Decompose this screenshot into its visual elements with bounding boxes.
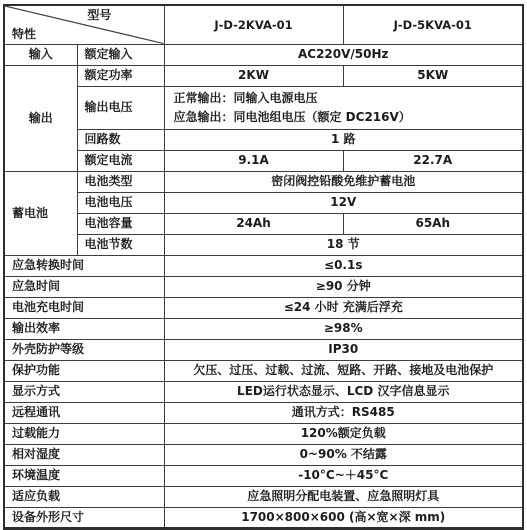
label-rated-power: 额定功率 <box>77 65 164 86</box>
value-display: LED运行状态显示、LCD 汉字信息显示 <box>164 381 523 402</box>
value-overload: 120%额定负载 <box>164 423 523 444</box>
label-load-type: 适应负载 <box>4 486 164 507</box>
row-communication: 远程通讯 通讯方式：RS485 <box>4 402 523 423</box>
value-humidity: 0~90% 不结露 <box>164 444 523 465</box>
row-rated-current: 额定电流 9.1A 22.7A <box>4 150 523 171</box>
group-cell-input: 输入 <box>4 44 77 65</box>
value-circuit-count: 1 路 <box>164 129 523 150</box>
label-emergency-time: 应急时间 <box>4 276 164 297</box>
label-communication: 远程通讯 <box>4 402 164 423</box>
value-communication: 通讯方式：RS485 <box>164 402 523 423</box>
label-rated-input: 额定输入 <box>77 44 164 65</box>
group-cell-output: 输出 <box>4 65 77 171</box>
row-overload: 过载能力 120%额定负载 <box>4 423 523 444</box>
row-display: 显示方式 LED运行状态显示、LCD 汉字信息显示 <box>4 381 523 402</box>
value-transfer-time: ≤0.1s <box>164 255 523 276</box>
value-ip-rating: IP30 <box>164 339 523 360</box>
row-battery-count: 电池节数 18 节 <box>4 234 523 255</box>
label-battery-type: 电池类型 <box>77 171 164 192</box>
row-transfer-time: 应急转换时间 ≤0.1s <box>4 255 523 276</box>
label-ip-rating: 外壳防护等级 <box>4 339 164 360</box>
label-circuit-count: 回路数 <box>77 129 164 150</box>
label-protection: 保护功能 <box>4 360 164 381</box>
label-battery-capacity: 电池容量 <box>77 213 164 234</box>
row-rated-power: 输出 额定功率 2KW 5KW <box>4 65 523 86</box>
corner-label-feature: 特性 <box>12 27 36 42</box>
value-battery-type: 密闭阀控铅酸免维护蓄电池 <box>164 171 523 192</box>
value-rated-input: AC220V/50Hz <box>164 44 523 65</box>
value-dimensions: 1700×800×600 (高×宽×深 mm) <box>164 507 523 528</box>
row-battery-type: 蓄电池 电池类型 密闭阀控铅酸免维护蓄电池 <box>4 171 523 192</box>
value-battery-capacity-2: 65Ah <box>343 213 523 234</box>
row-ip-rating: 外壳防护等级 IP30 <box>4 339 523 360</box>
row-battery-capacity: 电池容量 24Ah 65Ah <box>4 213 523 234</box>
value-emergency-time: ≥90 分钟 <box>164 276 523 297</box>
label-display: 显示方式 <box>4 381 164 402</box>
value-load-type: 应急照明分配电装置、应急照明灯具 <box>164 486 523 507</box>
value-battery-capacity-1: 24Ah <box>164 213 343 234</box>
model-2-header: J-D-5KVA-01 <box>343 5 523 44</box>
label-efficiency: 输出效率 <box>4 318 164 339</box>
value-rated-power-1: 2KW <box>164 65 343 86</box>
label-rated-current: 额定电流 <box>77 150 164 171</box>
row-emergency-time: 应急时间 ≥90 分钟 <box>4 276 523 297</box>
row-circuit-count: 回路数 1 路 <box>4 129 523 150</box>
row-battery-voltage: 电池电压 12V <box>4 192 523 213</box>
row-temperature: 环境温度 -10°C~＋45°C <box>4 465 523 486</box>
value-output-voltage: 正常输出：同输入电源电压 应急输出：同电池组电压（额定 DC216V） <box>164 86 523 129</box>
row-rated-input: 输入 额定输入 AC220V/50Hz <box>4 44 523 65</box>
row-protection: 保护功能 欠压、过压、过载、过流、短路、开路、接地及电池保护 <box>4 360 523 381</box>
value-efficiency: ≥98% <box>164 318 523 339</box>
row-output-voltage: 输出电压 正常输出：同输入电源电压 应急输出：同电池组电压（额定 DC216V） <box>4 86 523 129</box>
model-1-header: J-D-2KVA-01 <box>164 5 343 44</box>
value-rated-power-2: 5KW <box>343 65 523 86</box>
corner-label-model: 型号 <box>87 8 111 23</box>
label-transfer-time: 应急转换时间 <box>4 255 164 276</box>
label-humidity: 相对湿度 <box>4 444 164 465</box>
output-voltage-emergency: 应急输出：同电池组电压（额定 DC216V） <box>174 108 521 127</box>
row-efficiency: 输出效率 ≥98% <box>4 318 523 339</box>
label-battery-voltage: 电池电压 <box>77 192 164 213</box>
value-battery-count: 18 节 <box>164 234 523 255</box>
value-charge-time: ≤24 小时 充满后浮充 <box>164 297 523 318</box>
label-overload: 过载能力 <box>4 423 164 444</box>
row-dimensions: 设备外形尺寸 1700×800×600 (高×宽×深 mm) <box>4 507 523 528</box>
value-battery-voltage: 12V <box>164 192 523 213</box>
value-temperature: -10°C~＋45°C <box>164 465 523 486</box>
label-dimensions: 设备外形尺寸 <box>4 507 164 528</box>
header-row: 型号 特性 J-D-2KVA-01 J-D-5KVA-01 <box>4 5 523 44</box>
value-rated-current-1: 9.1A <box>164 150 343 171</box>
label-temperature: 环境温度 <box>4 465 164 486</box>
row-load-type: 适应负载 应急照明分配电装置、应急照明灯具 <box>4 486 523 507</box>
label-output-voltage: 输出电压 <box>77 86 164 129</box>
label-charge-time: 电池充电时间 <box>4 297 164 318</box>
label-battery-count: 电池节数 <box>77 234 164 255</box>
output-voltage-normal: 正常输出：同输入电源电压 <box>174 89 521 108</box>
spec-table: 型号 特性 J-D-2KVA-01 J-D-5KVA-01 输入 额定输入 AC… <box>3 4 524 530</box>
value-rated-current-2: 22.7A <box>343 150 523 171</box>
group-cell-battery: 蓄电池 <box>4 171 77 255</box>
value-protection: 欠压、过压、过载、过流、短路、开路、接地及电池保护 <box>164 360 523 381</box>
row-humidity: 相对湿度 0~90% 不结露 <box>4 444 523 465</box>
row-charge-time: 电池充电时间 ≤24 小时 充满后浮充 <box>4 297 523 318</box>
corner-cell: 型号 特性 <box>4 5 164 44</box>
